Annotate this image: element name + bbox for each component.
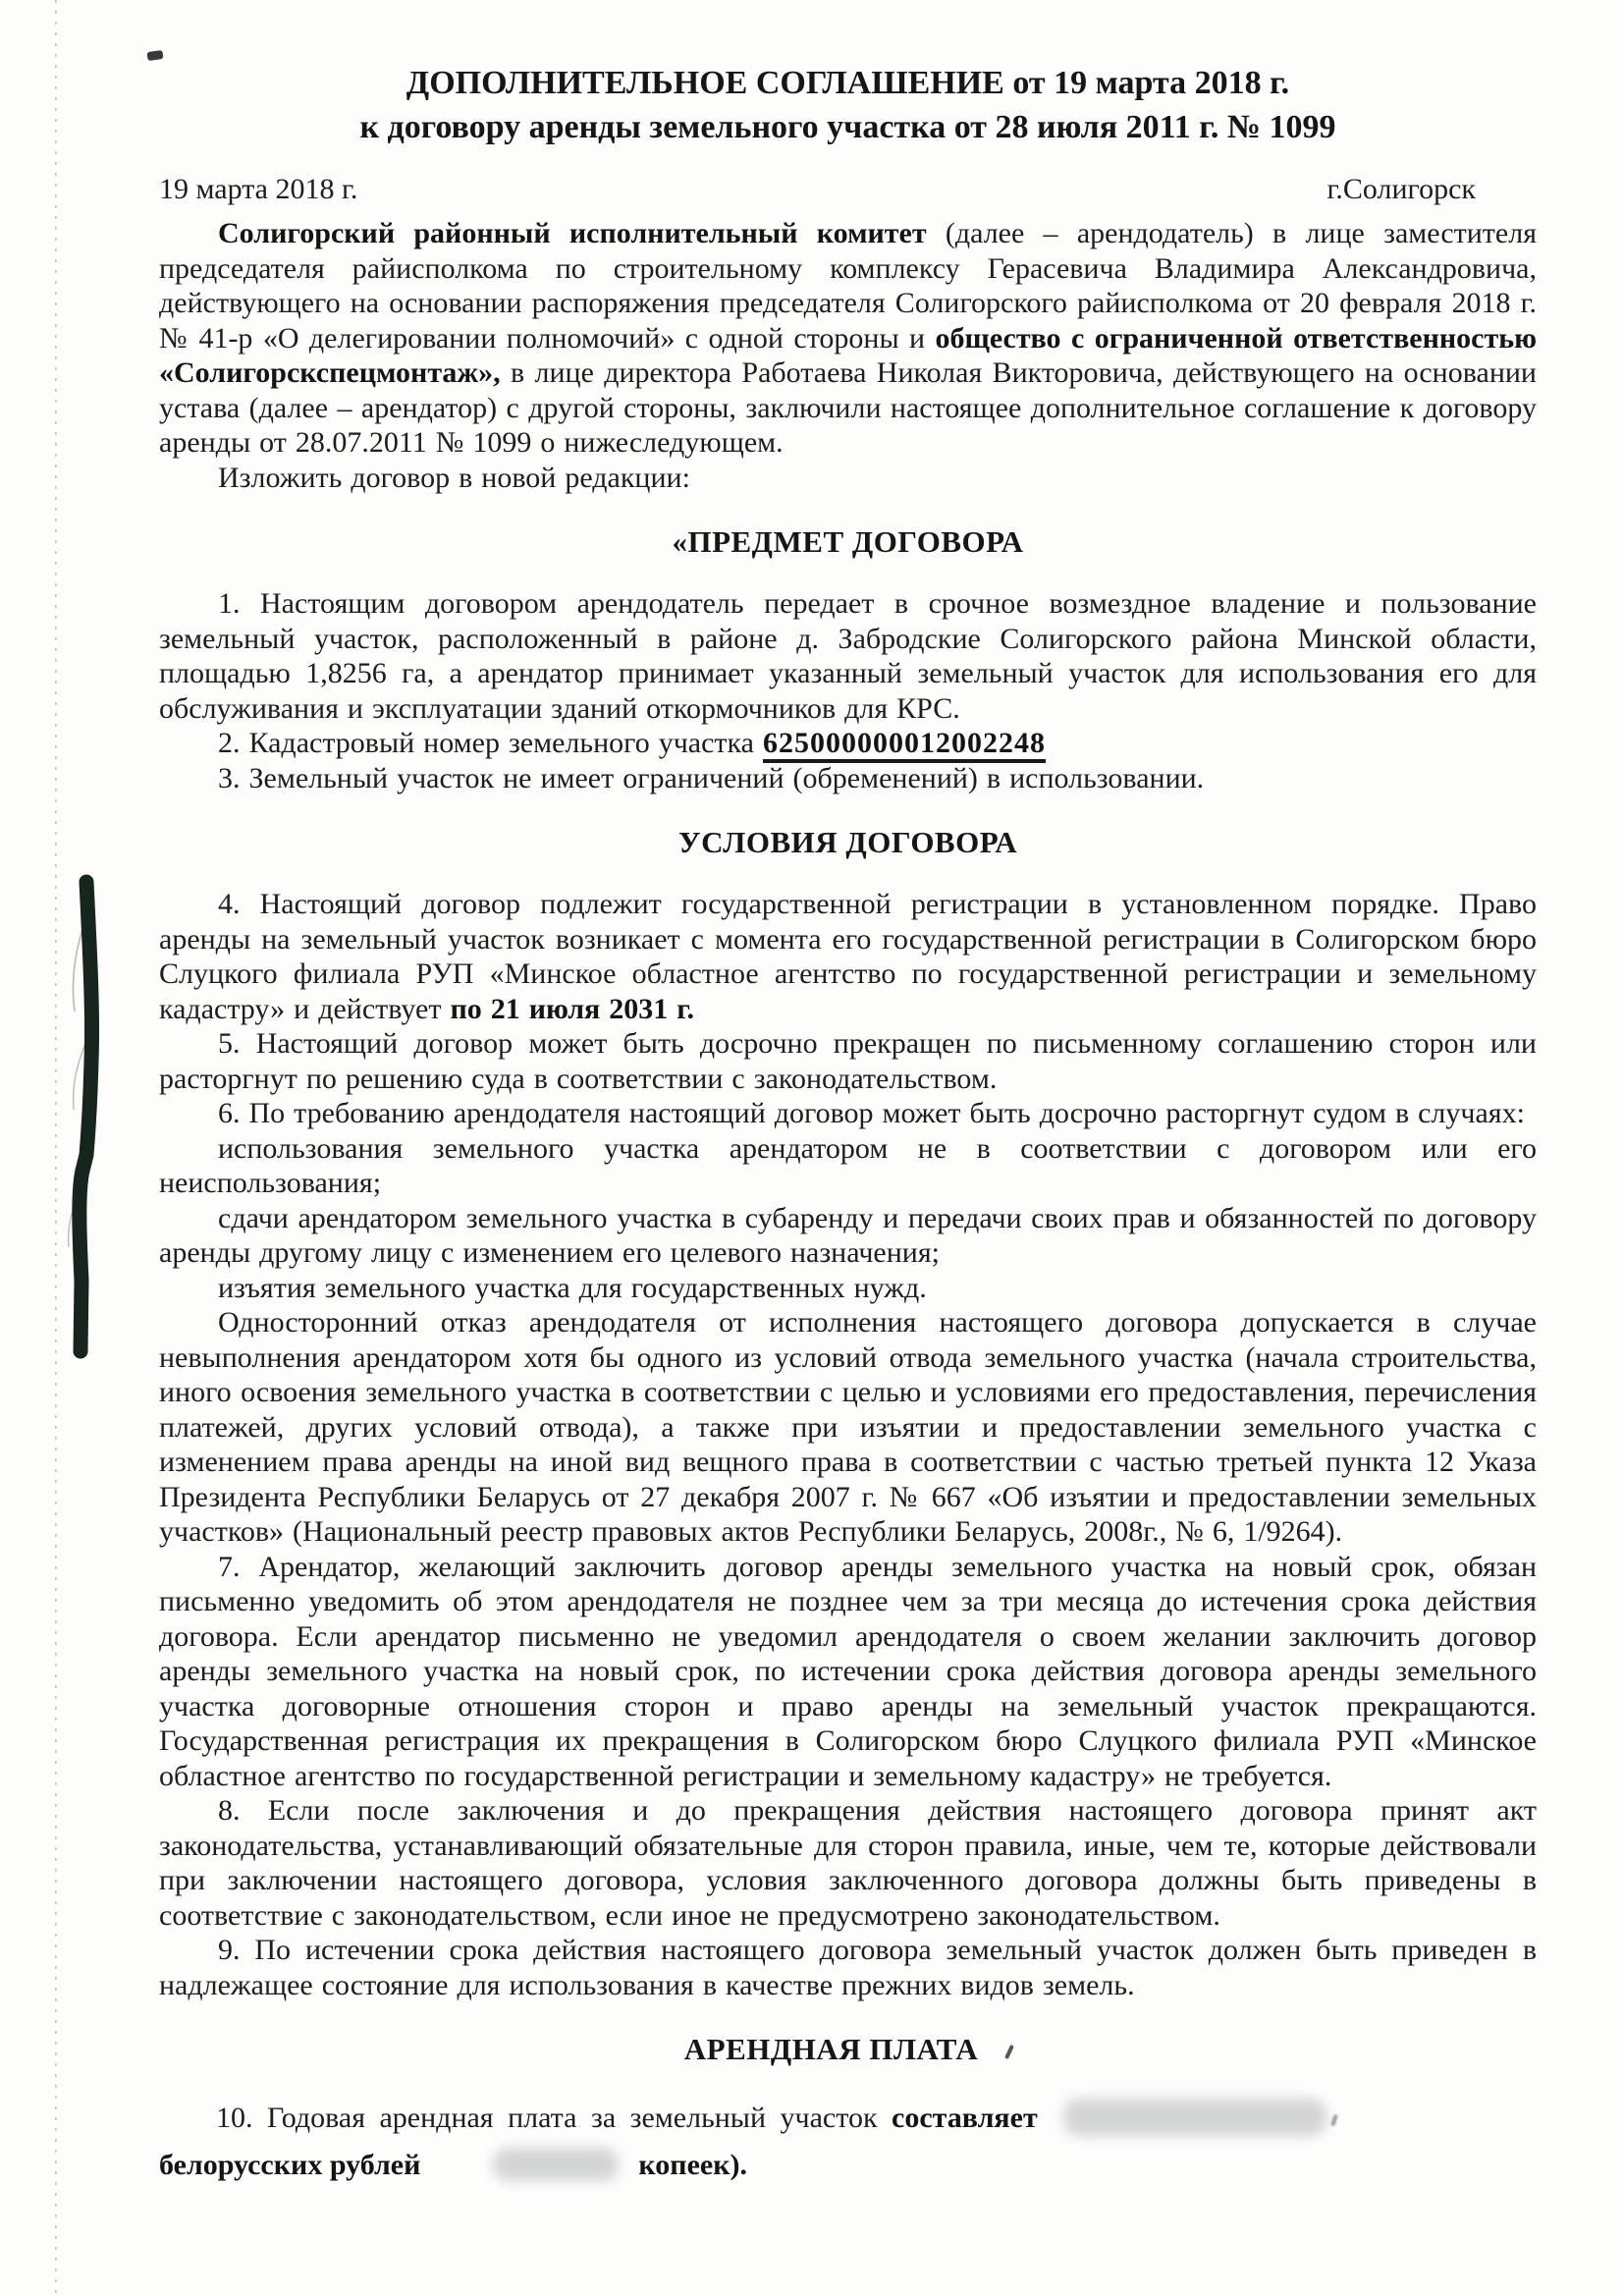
title-line-2: к договору аренды земельного участка от …	[159, 105, 1537, 149]
document-date: 19 марта 2018 г.	[159, 173, 357, 206]
redacted-kopecks	[493, 2148, 619, 2181]
lessor-name: Солигорский районный исполнительный коми…	[218, 217, 927, 249]
unilateral-refusal-paragraph: Односторонний отказ арендодателя от испо…	[159, 1305, 1537, 1550]
pen-tick-artifact	[1004, 2045, 1014, 2059]
currency-label: белорусских рублей	[159, 2149, 420, 2181]
clause-6: 6. По требованию арендодателя настоящий …	[159, 1096, 1537, 1131]
clause-2-label: 2. Кадастровый номер земельного участка	[218, 727, 763, 759]
cadastral-number: 625000000012002248	[763, 727, 1046, 763]
clause-5: 5. Настоящий договор может быть досрочно…	[159, 1026, 1537, 1096]
title-line-1: ДОПОЛНИТЕЛЬНОЕ СОГЛАШЕНИЕ от 19 марта 20…	[159, 61, 1537, 105]
clause-10-text: 10. Годовая арендная плата за земельный …	[216, 2102, 892, 2134]
rent-heading-text: АРЕНДНАЯ ПЛАТА	[684, 2032, 978, 2066]
section-heading-subject: «ПРЕДМЕТ ДОГОВОРА	[159, 524, 1537, 560]
clause-9: 9. По истечении срока действия настоящег…	[159, 1933, 1537, 2002]
section-heading-rent: АРЕНДНАЯ ПЛАТА	[159, 2032, 1537, 2067]
clause-6-case-3: изъятия земельного участка для государст…	[159, 1271, 1537, 1306]
clause-3: 3. Земельный участок не имеет ограничени…	[159, 761, 1537, 796]
clause-6-case-2: сдачи арендатором земельного участка в с…	[159, 1201, 1537, 1271]
redacted-amount	[1063, 2099, 1326, 2136]
ink-speck-artifact	[146, 50, 163, 61]
clause-1: 1. Настоящим договором арендодатель пере…	[159, 586, 1537, 726]
document-city: г.Солигорск	[1326, 173, 1537, 206]
section-heading-terms: УСЛОВИЯ ДОГОВОРА	[159, 825, 1537, 860]
clause-2: 2. Кадастровый номер земельного участка …	[159, 726, 1537, 761]
document-page: ДОПОЛНИТЕЛЬНОЕ СОГЛАШЕНИЕ от 19 марта 20…	[0, 0, 1623, 2296]
document-title: ДОПОЛНИТЕЛЬНОЕ СОГЛАШЕНИЕ от 19 марта 20…	[159, 61, 1537, 149]
intro-paragraph: Солигорский районный исполнительный коми…	[159, 216, 1537, 461]
clause-10-line-1: 10. Годовая арендная плата за земельный …	[159, 2094, 1537, 2143]
kopecks-label: копеек).	[638, 2149, 747, 2181]
clause-10-line-2: белорусских рублейкопеек).	[159, 2143, 1537, 2188]
comma-mark-artifact	[1330, 2114, 1338, 2127]
clause-7: 7. Арендатор, желающий заключить договор…	[159, 1550, 1537, 1794]
lease-end-date: по 21 июля 2031 г.	[450, 993, 694, 1025]
restate-paragraph: Изложить договор в новой редакции:	[159, 461, 1537, 496]
amount-label: составляет	[892, 2102, 1038, 2134]
clause-4: 4. Настоящий договор подлежит государств…	[159, 887, 1537, 1026]
clause-4-text: 4. Настоящий договор подлежит государств…	[159, 888, 1537, 1025]
date-place-row: 19 марта 2018 г. г.Солигорск	[159, 173, 1537, 206]
clause-6-case-1: использования земельного участка арендат…	[159, 1131, 1537, 1201]
clause-8: 8. Если после заключения и до прекращени…	[159, 1793, 1537, 1933]
